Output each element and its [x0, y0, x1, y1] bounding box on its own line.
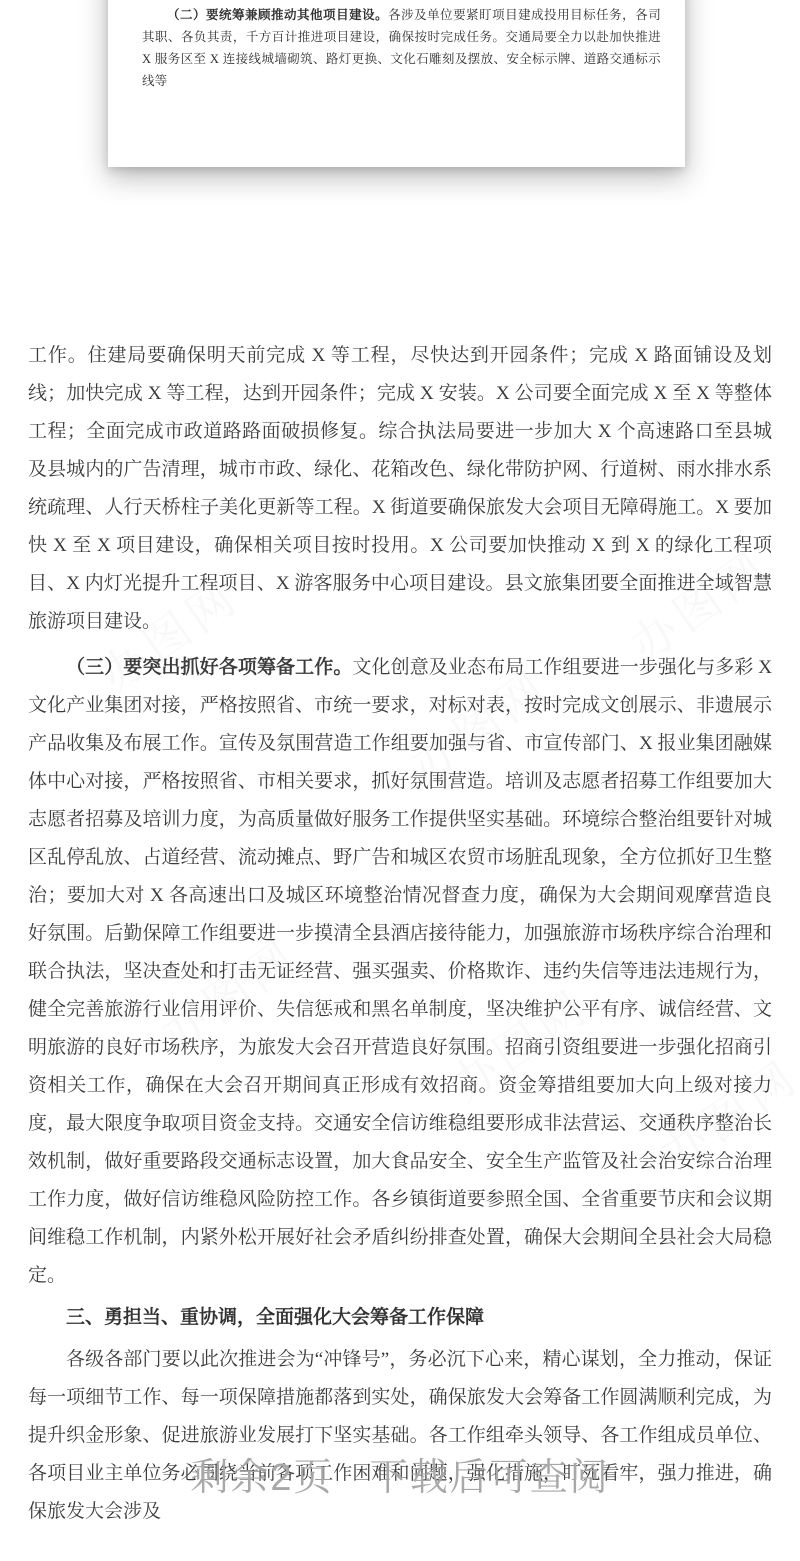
- pages-remaining-notice: 剩余2页下载后可查阅: [0, 1455, 800, 1501]
- document-body: 工作。住建局要确保明天前完成 X 等工程，尽快达到开园条件；完成 X 路面铺设及…: [28, 337, 772, 1531]
- pages-remaining-label: 剩余2页: [190, 1457, 333, 1499]
- paragraph-two-lead: （二）要统筹兼顾推动其他项目建设。: [167, 8, 388, 22]
- previous-page-card: （二）要统筹兼顾推动其他项目建设。各涉及单位要紧盯项目建成投用目标任务，各司其职…: [108, 0, 685, 167]
- section-three-body: 文化创意及业态布局工作组要进一步强化与多彩 X 文化产业集团对接，严格按照省、市…: [28, 657, 772, 1286]
- continuation-paragraph: 工作。住建局要确保明天前完成 X 等工程，尽快达到开园条件；完成 X 路面铺设及…: [28, 337, 772, 641]
- document-preview-page: 办图网 办图网 办图网 办图网 办图网 办图网 （二）要统筹兼顾推动其他项目建设…: [0, 0, 800, 1561]
- previous-page-paragraph: （二）要统筹兼顾推动其他项目建设。各涉及单位要紧盯项目建成投用目标任务，各司其职…: [142, 4, 661, 92]
- heading-part-three: 三、勇担当、重协调，全面强化大会筹备工作保障: [28, 1299, 772, 1337]
- section-three-lead: （三）要突出抓好各项筹备工作。: [66, 657, 352, 678]
- closing-paragraph: 各级各部门要以此次推进会为“冲锋号”，务必沉下心来，精心谋划，全力推动，保证每一…: [28, 1341, 772, 1531]
- section-three-paragraph: （三）要突出抓好各项筹备工作。文化创意及业态布局工作组要进一步强化与多彩 X 文…: [28, 649, 772, 1295]
- download-hint-label: 下载后可查阅: [370, 1457, 610, 1499]
